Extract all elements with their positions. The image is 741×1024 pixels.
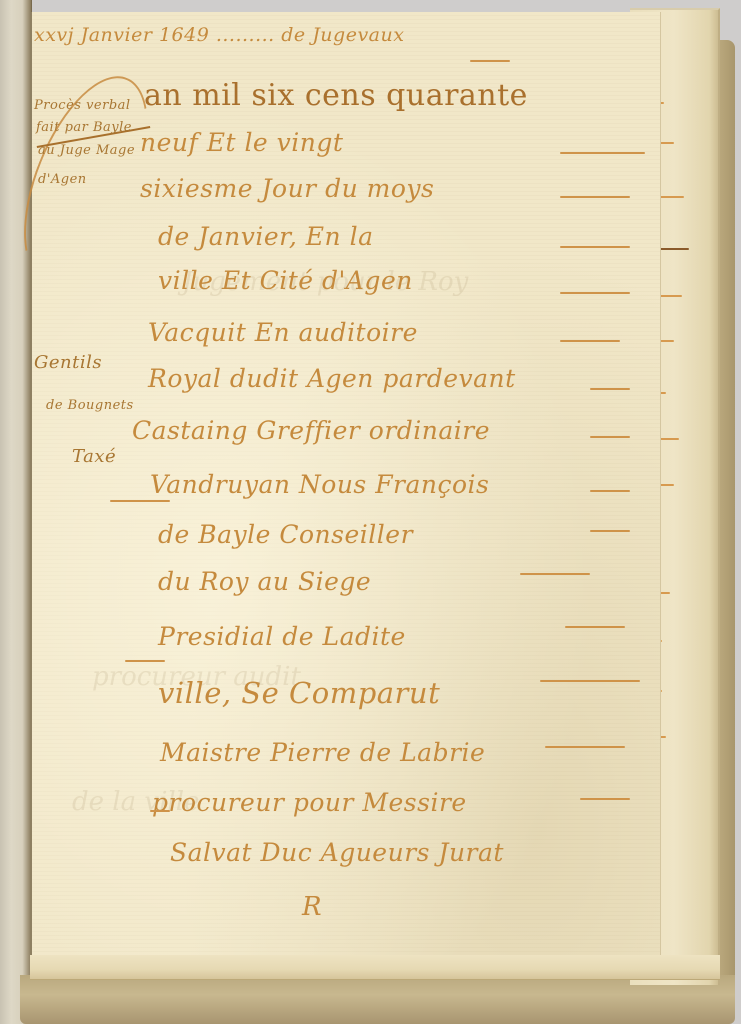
margin-note: d'Agen: [38, 172, 87, 187]
body-line: Salvat Duc Agueurs Jurat: [170, 838, 504, 867]
body-line: ville Et Cité d'Agen: [158, 266, 413, 295]
body-line: neuf Et le vingt: [140, 128, 343, 157]
cover-bottom-edge: [20, 975, 735, 1024]
line-fill-dash: [540, 680, 640, 682]
header-date-line: xxvj Janvier 1649 ......... de Jugevaux: [34, 24, 404, 46]
line-fill-dash: [560, 340, 620, 342]
margin-note: Procès verbal: [34, 98, 131, 113]
body-line: an mil six cens quarante: [144, 78, 528, 113]
line-fill-dash: [560, 152, 645, 154]
line-fill-dash: [520, 573, 590, 575]
body-line: de Janvier, En la: [158, 222, 373, 251]
line-fill-dash: [590, 490, 630, 492]
body-line: Castaing Greffier ordinaire: [132, 416, 490, 445]
page-bottom-edge: [30, 955, 720, 980]
body-line: Royal dudit Agen pardevant: [148, 364, 516, 393]
line-fill-dash: [545, 746, 625, 748]
line-fill-dash: [560, 292, 630, 294]
margin-note: Taxé: [72, 446, 116, 467]
line-fill-dash: [125, 660, 165, 662]
line-fill-dash: [470, 60, 510, 62]
body-line: ville, Se Comparut: [158, 676, 440, 710]
line-fill-dash: [590, 388, 630, 390]
line-fill-dash: [150, 810, 170, 812]
body-line: du Roy au Siege: [158, 567, 371, 596]
line-fill-dash: [560, 246, 630, 248]
line-fill-dash: [590, 436, 630, 438]
line-fill-dash: [590, 530, 630, 532]
body-line: de Bayle Conseiller: [158, 520, 413, 549]
margin-note: Gentils: [34, 352, 102, 373]
body-line: Vacquit En auditoire: [148, 318, 418, 347]
body-line: Maistre Pierre de Labrie: [160, 738, 485, 767]
footer-catchword-mark: R: [302, 892, 322, 922]
margin-note: fait par Bayle: [36, 120, 132, 135]
line-fill-dash: [565, 626, 625, 628]
document-scan: Jugement pour le Roy procureur audit de …: [0, 0, 741, 1024]
line-fill-dash: [110, 500, 170, 502]
line-fill-dash: [580, 798, 630, 800]
book-spine: [0, 0, 32, 1024]
margin-note: au Juge Mage: [38, 143, 135, 158]
body-line: sixiesme Jour du moys: [140, 174, 434, 203]
body-line: Vandruyan Nous François: [150, 470, 489, 499]
body-line: procureur pour Messire: [152, 788, 467, 817]
margin-note: de Bougnets: [46, 398, 134, 413]
line-fill-dash: [560, 196, 630, 198]
body-line: Presidial de Ladite: [158, 622, 406, 651]
